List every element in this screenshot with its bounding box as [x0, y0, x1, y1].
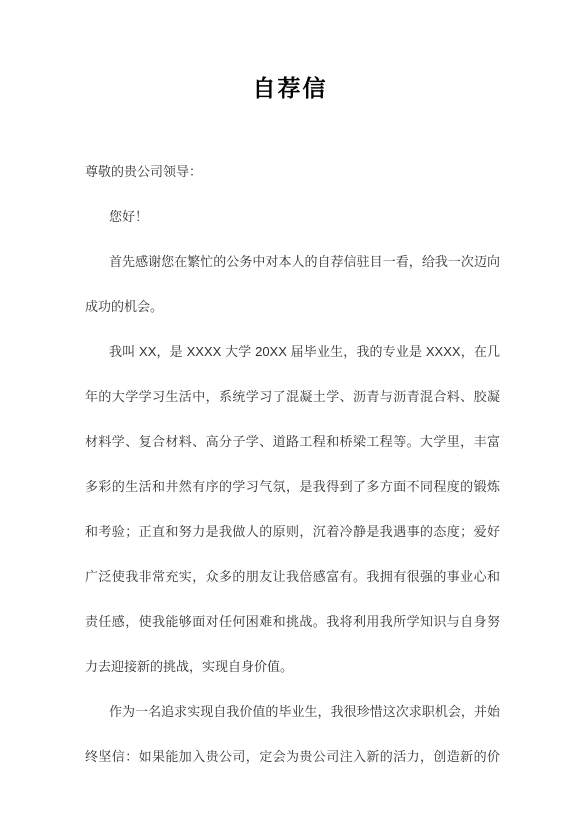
text-line: 广泛使我非常充实，众多的朋友让我倍感富有。我拥有很强的事业心和	[85, 554, 500, 599]
document-title: 自荐信	[0, 70, 580, 103]
text-line: 年的大学学习生活中，系统学习了混凝土学、沥青与沥青混合料、胶凝	[85, 374, 500, 419]
text-line: 材料学、复合材料、高分子学、道路工程和桥梁工程等。大学里，丰富	[85, 419, 500, 464]
text-line: 终坚信：如果能加入贵公司，定会为贵公司注入新的活力，创造新的价	[85, 734, 500, 779]
text-line: 首先感谢您在繁忙的公务中对本人的自荐信驻目一看，给我一次迈向	[85, 239, 500, 284]
text-line: 尊敬的贵公司领导：	[85, 149, 500, 194]
document-body: 尊敬的贵公司领导：您好！首先感谢您在繁忙的公务中对本人的自荐信驻目一看，给我一次…	[85, 149, 500, 779]
text-line: 您好！	[85, 194, 500, 239]
text-line: 多彩的生活和井然有序的学习气氛，是我得到了多方面不同程度的锻炼	[85, 464, 500, 509]
text-line: 作为一名追求实现自我价值的毕业生，我很珍惜这次求职机会，并始	[85, 689, 500, 734]
document-page: 自荐信 尊敬的贵公司领导：您好！首先感谢您在繁忙的公务中对本人的自荐信驻目一看，…	[0, 0, 580, 820]
text-line: 成功的机会。	[85, 284, 500, 329]
text-line: 责任感，使我能够面对任何困难和挑战。我将利用我所学知识与自身努	[85, 599, 500, 644]
text-line: 我叫 XX，是 XXXX 大学 20XX 届毕业生，我的专业是 XXXX，在几	[85, 329, 500, 374]
text-line: 力去迎接新的挑战，实现自身价值。	[85, 644, 500, 689]
text-line: 和考验；正直和努力是我做人的原则，沉着冷静是我遇事的态度；爱好	[85, 509, 500, 554]
